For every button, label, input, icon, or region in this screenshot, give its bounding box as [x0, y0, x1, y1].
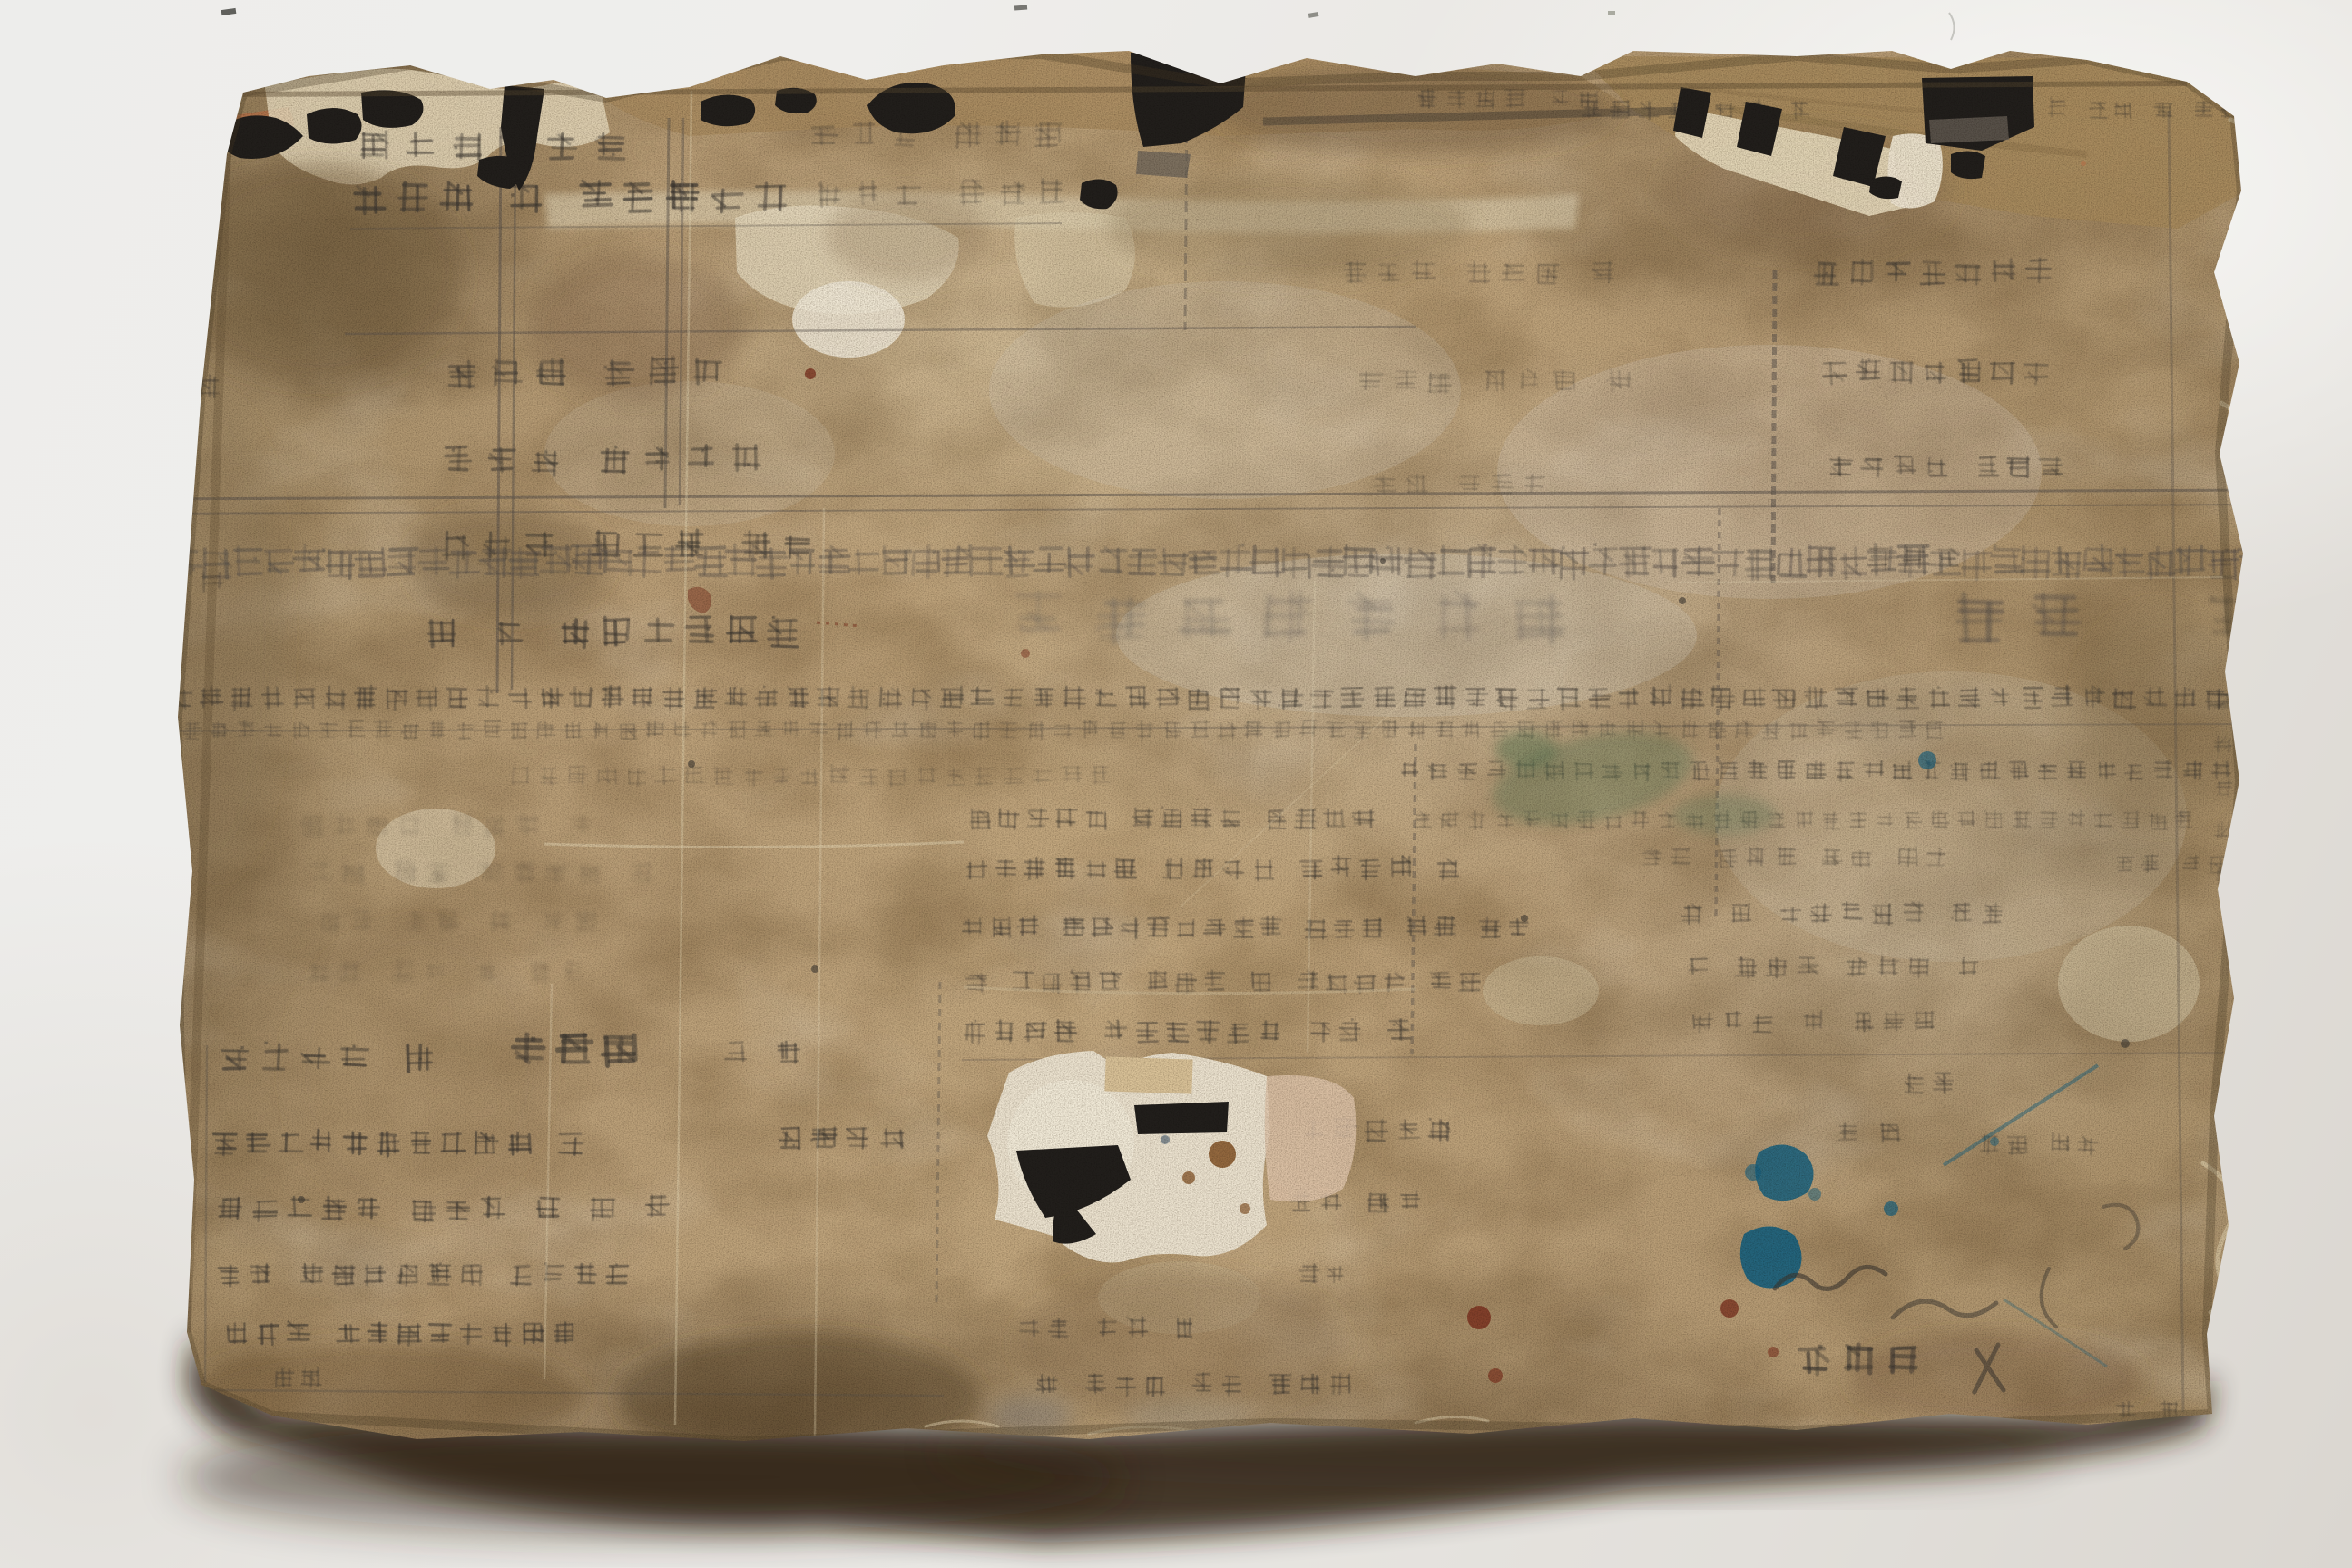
marks-svg	[0, 0, 2352, 1568]
grain-overlay	[0, 0, 2352, 1568]
photo-stage	[0, 0, 2352, 1568]
book-cover	[0, 0, 2352, 1568]
